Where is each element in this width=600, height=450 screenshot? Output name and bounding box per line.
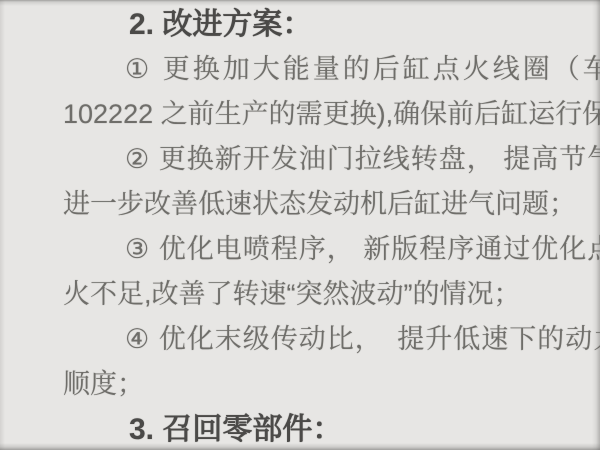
document-photo: 2. 改进方案： ① 更换加大能量的后缸点火线圈（车 102222 之前生产的需… [0, 0, 600, 450]
document-text-block: 2. 改进方案： ① 更换加大能量的后缸点火线圈（车 102222 之前生产的需… [0, 0, 600, 450]
text-line-item-4-continuation: 顺度； [0, 362, 600, 407]
text-line-item-2-continuation: 进一步改善低速状态发动机后缸进气问题； [0, 182, 600, 227]
text-line-item-2-throttle-cable: ② 更换新开发油门拉线转盘， 提高节气门 [0, 137, 600, 182]
text-line-item-3-efi-program: ③ 优化电喷程序， 新版程序通过优化点火 [0, 227, 600, 272]
text-line-item-3-continuation: 火不足,改善了转速“突然波动”的情况； [0, 272, 600, 317]
text-line-item-4-final-drive-ratio: ④ 优化末级传动比， 提升低速下的动力输 [0, 317, 600, 362]
section-heading-recall-parts: 3. 召回零部件： [0, 407, 600, 450]
section-heading-improvement-plan: 2. 改进方案： [0, 2, 600, 47]
text-line-item-1-ignition-coil: ① 更换加大能量的后缸点火线圈（车 [0, 47, 600, 92]
text-line-item-1-continuation: 102222 之前生产的需更换),确保前后缸运行保 [0, 92, 600, 137]
